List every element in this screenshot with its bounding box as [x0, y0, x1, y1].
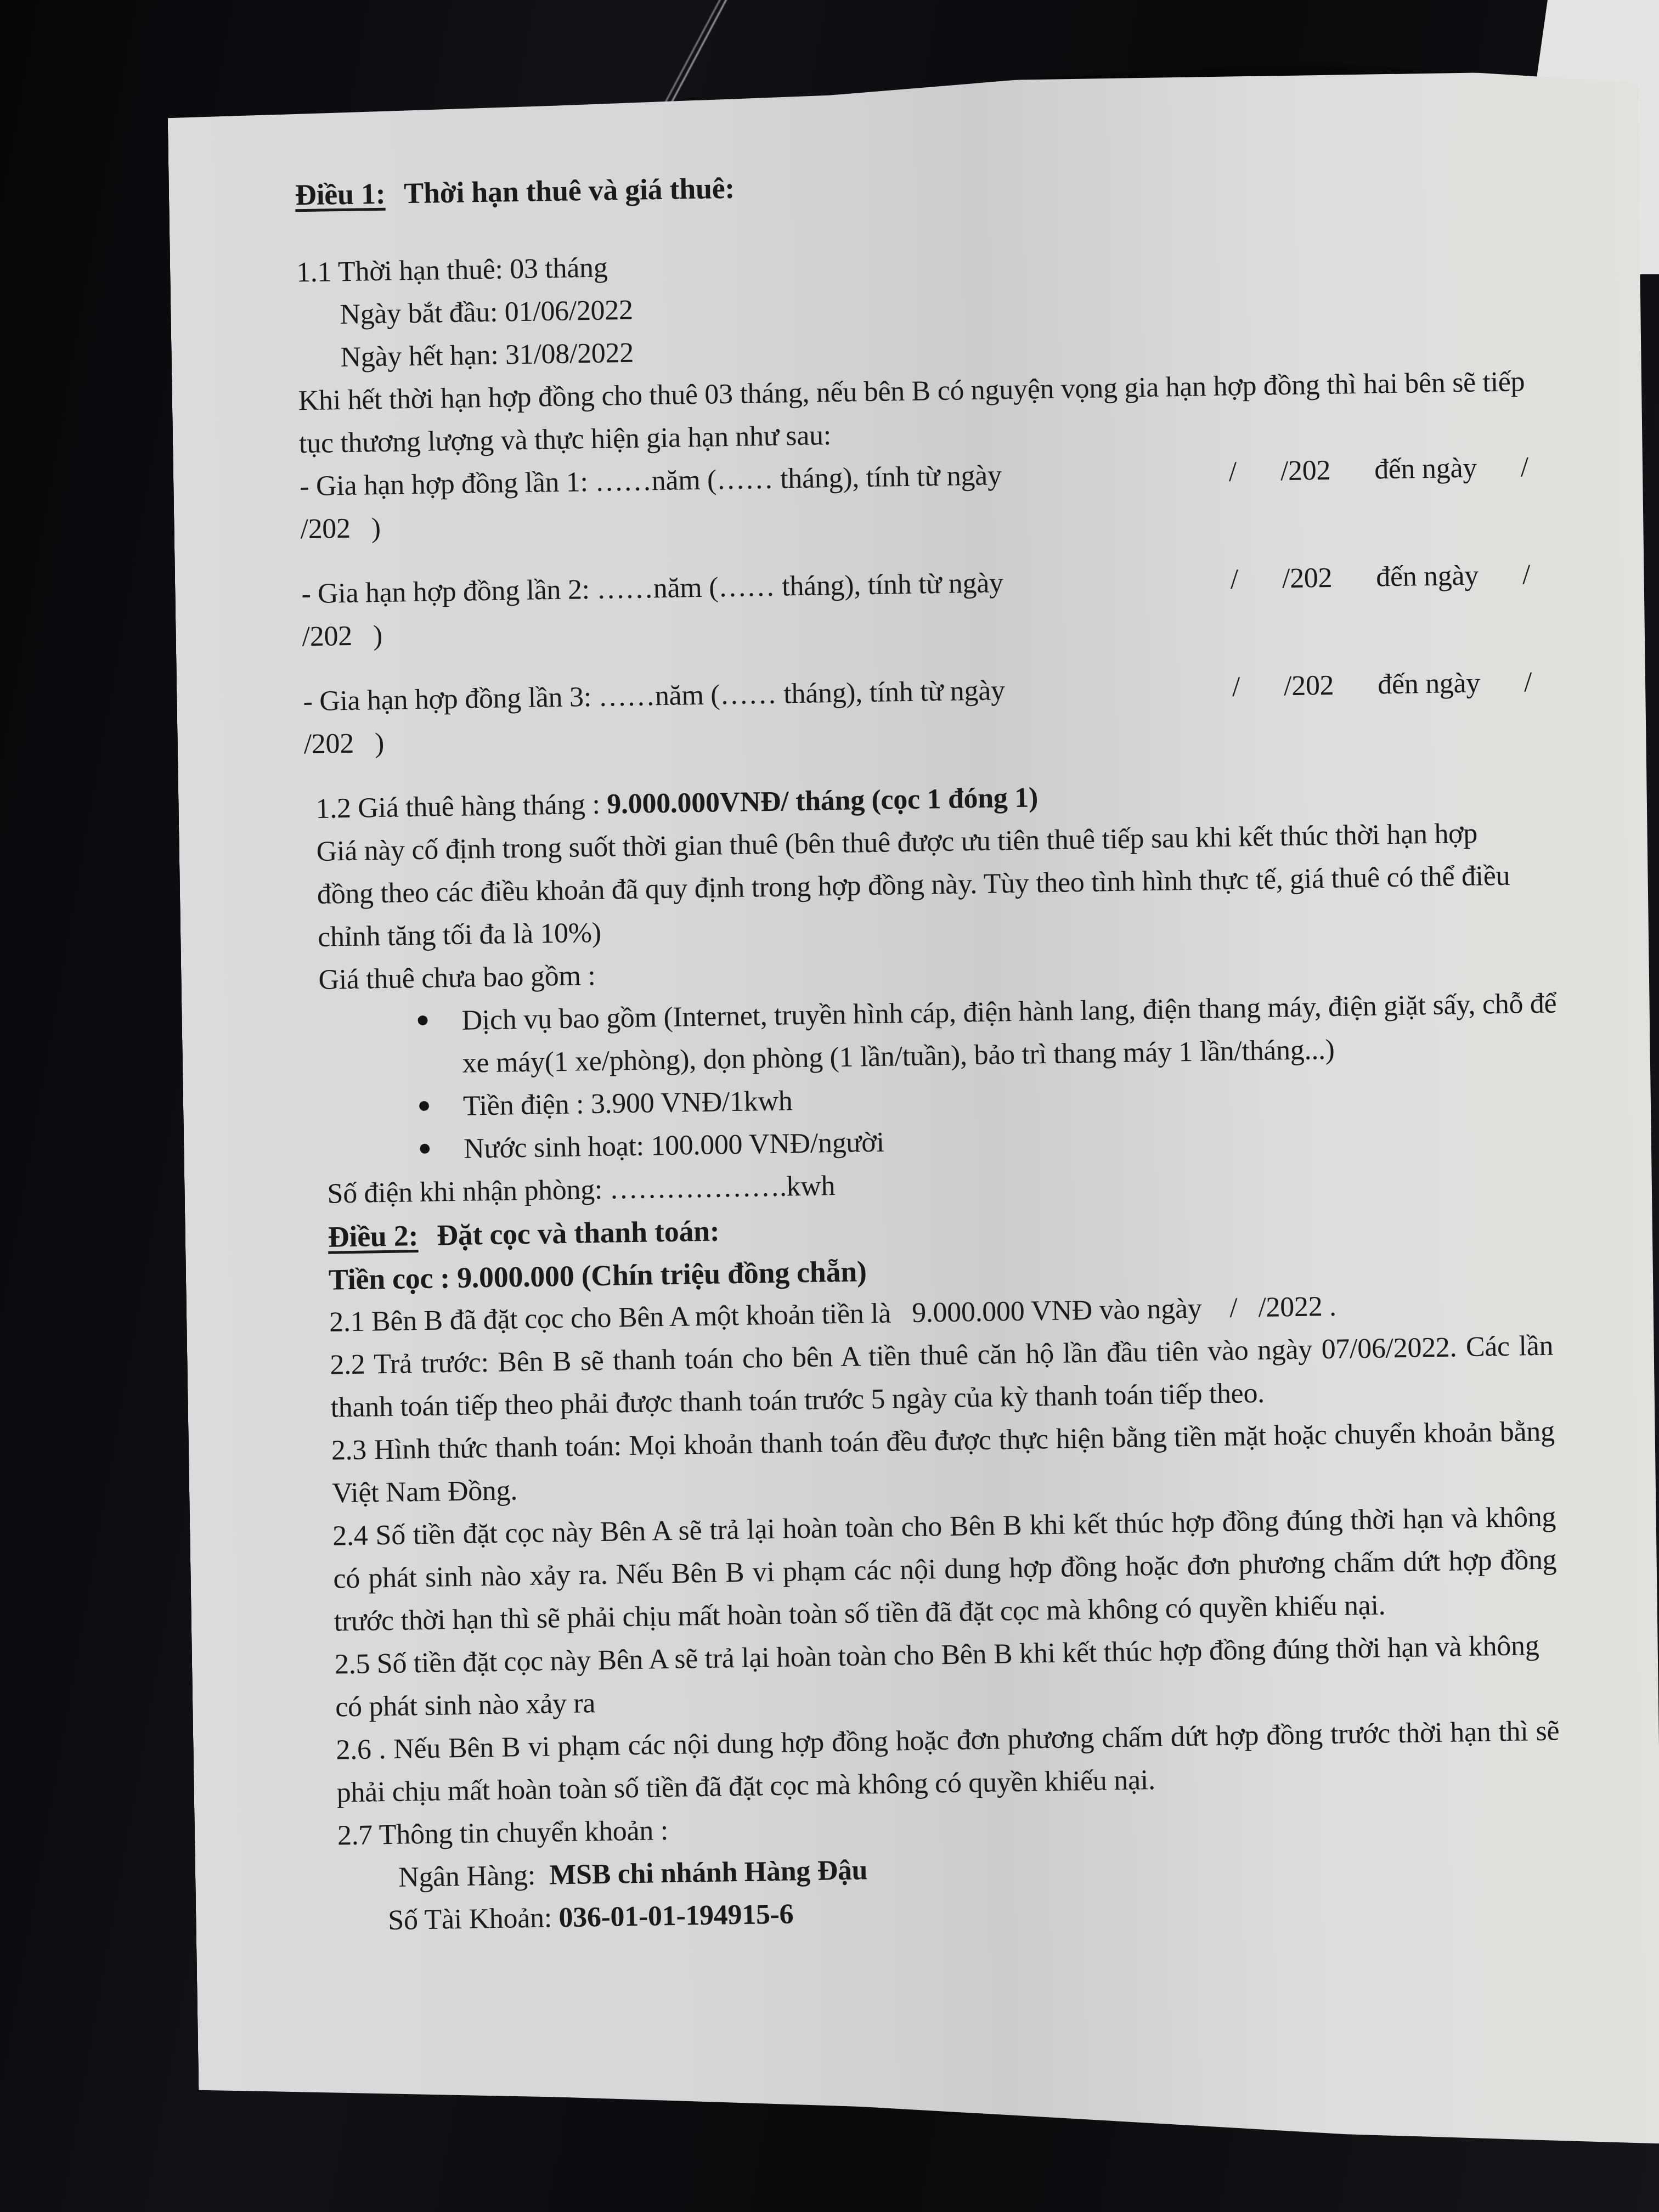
excludes-list: Dịch vụ bao gồm (Internet, truyền hình c… — [308, 982, 1589, 1173]
contract-content: Điều 1:Thời hạn thuê và giá thuê: 1.1 Th… — [295, 154, 1600, 1943]
renewal-2-slash2: / — [1522, 554, 1530, 596]
article-2-number: Điều 2: — [328, 1219, 418, 1254]
clause-2-4: 2.4 Số tiền đặt cọc này Bên A sẽ trả lại… — [332, 1496, 1558, 1644]
account-value: 036-01-01-194915-6 — [558, 1898, 794, 1933]
account-label: Số Tài Khoản: — [388, 1902, 559, 1936]
article-2-title: Đặt cọc và thanh toán: — [437, 1214, 720, 1251]
renewal-1-slash: / — [1228, 450, 1237, 493]
article-2-clauses: 2.1 Bên B đã đặt cọc cho Bên A một khoản… — [313, 1282, 1562, 1943]
renewal-3-slash2: / — [1523, 661, 1532, 704]
article-1-title: Thời hạn thuê và giá thuê: — [404, 172, 735, 210]
renewal-1-slash2: / — [1520, 446, 1528, 489]
renewal-2-slash: / — [1230, 558, 1238, 601]
renewal-3-to: đến ngày — [1378, 662, 1481, 707]
article-1-number: Điều 1: — [295, 177, 385, 212]
contract-page: Điều 1:Thời hạn thuê và giá thuê: 1.1 Th… — [167, 70, 1659, 2167]
renewal-2-year: /202 — [1282, 557, 1332, 600]
renewal-2-to: đến ngày — [1376, 555, 1479, 599]
renewal-1-year: /202 — [1280, 449, 1330, 493]
bank-value: MSB chi nhánh Hàng Đậu — [549, 1854, 868, 1891]
bank-label: Ngân Hàng: — [398, 1859, 550, 1893]
article-1-heading: Điều 1:Thời hạn thuê và giá thuê: — [295, 154, 1573, 217]
renewal-3-slash: / — [1232, 665, 1240, 708]
renewal-3-year: /202 — [1283, 664, 1334, 708]
price-note: Giá này cố định trong suốt thời gian thu… — [305, 811, 1536, 959]
monthly-price-value: 9.000.000VNĐ/ tháng (cọc 1 đóng 1) — [607, 782, 1039, 820]
renewal-1-to: đến ngày — [1374, 447, 1477, 492]
renewal-3: - Gia hạn hợp đồng lần 3: ……năm (…… thán… — [303, 661, 1582, 766]
monthly-price-label: 1.2 Giá thuê hàng tháng : — [315, 789, 607, 825]
renewal-2: - Gia hạn hợp đồng lần 2: ……năm (…… thán… — [301, 553, 1581, 659]
